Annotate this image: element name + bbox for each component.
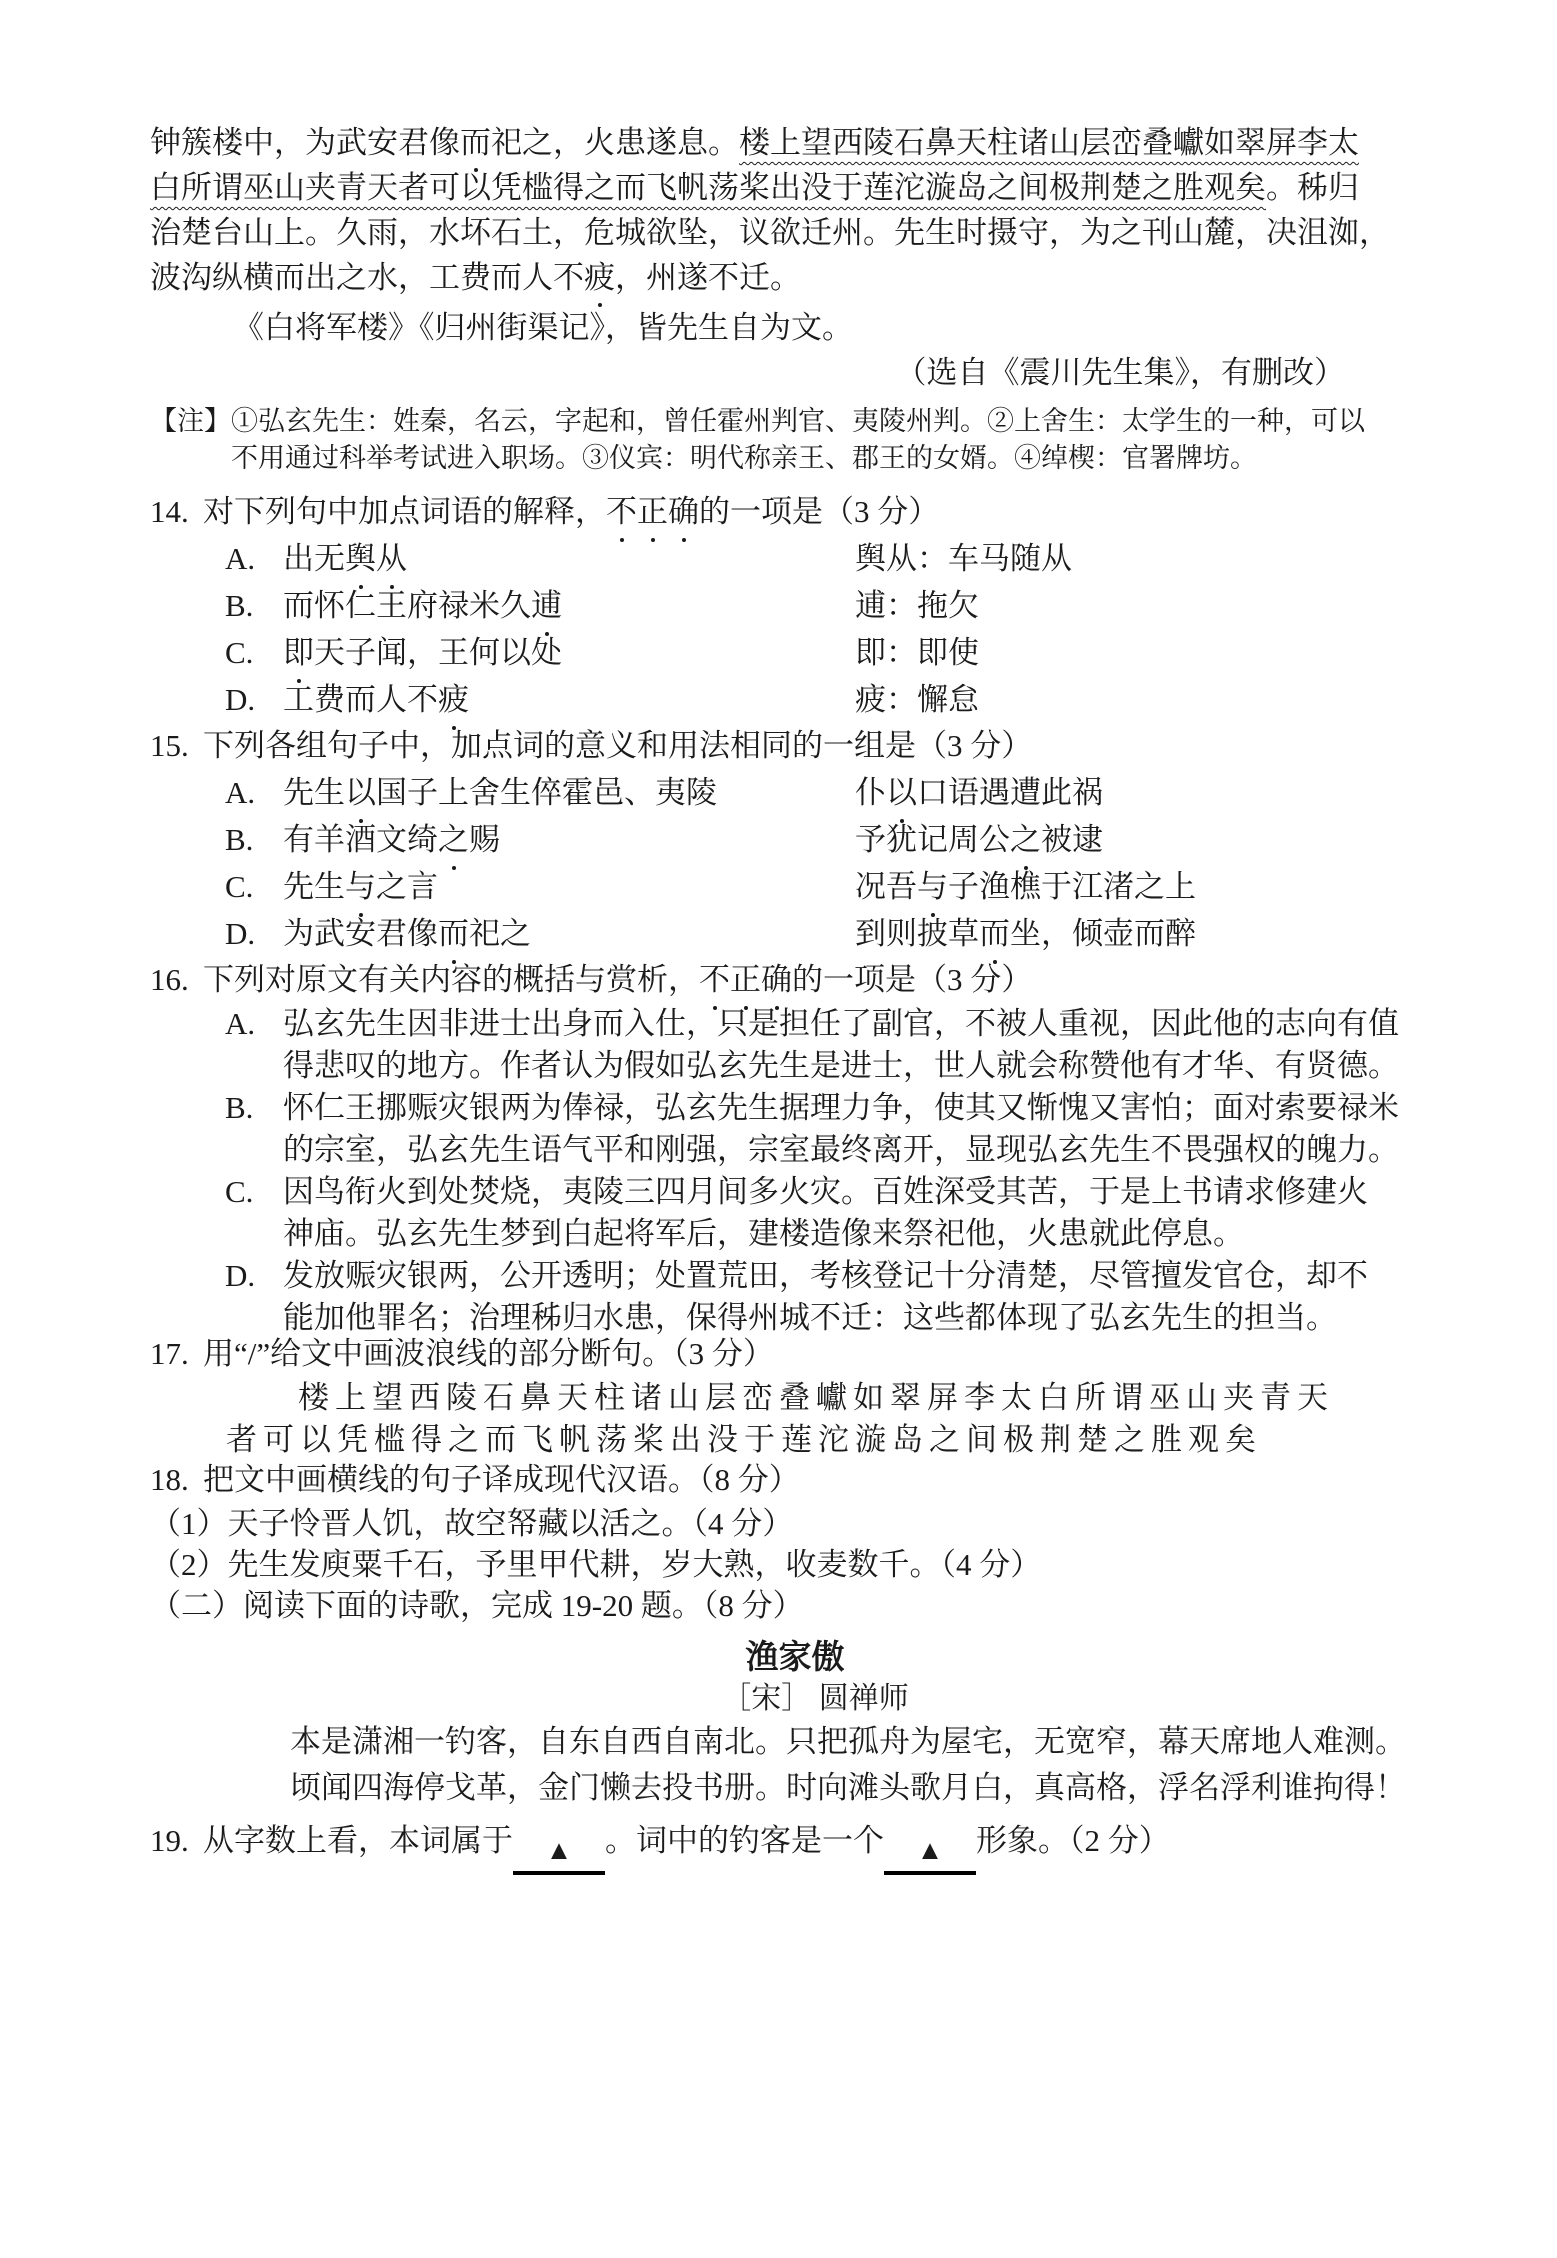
question-number: 17. <box>150 1331 203 1377</box>
passage-paragraph: 钟簇楼中，为武安君像而祀之，火患遂息。楼上望西陵石鼻天柱诸山层峦叠巘如翠屏李太 … <box>150 120 1440 300</box>
question-18: 18.把文中画横线的句子译成现代汉语。（8 分） （1）天子怜晋人饥，故空帑藏以… <box>150 1457 1440 1626</box>
work-titles-line: 《白将军楼》《归州街渠记》，皆先生自为文。 <box>150 305 1440 350</box>
option-label: D. <box>225 1255 283 1297</box>
q16-option-a: A.弘玄先生因非进士出身而入仕，只是担任了副官，不被人重视，因此他的志向有值 得… <box>150 1003 1440 1087</box>
option-label: D. <box>225 676 283 723</box>
exam-page: 钟簇楼中，为武安君像而祀之，火患遂息。楼上望西陵石鼻天柱诸山层峦叠巘如翠屏李太 … <box>0 0 1557 2258</box>
option-right-sentence: 况吾与子渔樵于江渚之上 <box>855 869 1196 904</box>
question-14-header: 14.对下列句中加点词语的解释，不正确的一项是（3 分） <box>150 489 1440 535</box>
option-label: A. <box>225 535 283 582</box>
q18-item-1: （1）天子怜晋人饥，故空帑藏以活之。（4 分） <box>150 1503 1440 1544</box>
q18-item-2: （2）先生发庾粟千石，予里甲代耕，岁大熟，收麦数千。（4 分） <box>150 1544 1440 1585</box>
option-label: C. <box>225 1171 283 1213</box>
emphasis-dot-char: 而 <box>460 125 491 160</box>
note-line-1: 【注】①弘玄先生：姓秦，名云，字起和，曾任霍州判官、夷陵州判。②上舍生：太学生的… <box>150 403 1440 440</box>
note-label: 【注】 <box>150 406 231 436</box>
option-right-sentence: 予犹记周公之被逮 <box>855 822 1103 857</box>
question-number: 14. <box>150 489 203 535</box>
option-label: C. <box>225 863 283 910</box>
source-attribution: （选自《震川先生集》，有删改） <box>150 350 1440 395</box>
option-right-sentence: 到则披草而坐，倾壶而醉 <box>855 916 1196 951</box>
poem-author: ［宋］ 圆禅师 <box>150 1680 1440 1718</box>
q16-option-b: B.怀仁王挪赈灾银两为俸禄，弘玄先生据理力争，使其又惭愧又害怕；面对索要禄米 的… <box>150 1087 1440 1171</box>
option-gloss: 疲：懈怠 <box>855 682 979 717</box>
punctuation-exercise-line-1: 楼上望西陵石鼻天柱诸山层峦叠巘如翠屏李太白所谓巫山夹青天 <box>150 1377 1440 1419</box>
option-label: C. <box>225 629 283 676</box>
answer-blank-triangle: ▲ <box>513 1831 605 1875</box>
question-number: 19. <box>150 1818 203 1864</box>
passage-line-3: 治楚台山上。久雨，水坏石土，危城欲坠，议欲迁州。先生时摄守，为之刊山麓，决沮洳， <box>150 210 1440 255</box>
q16-option-d: D.发放赈灾银两，公开透明；处置荒田，考核登记十分清楚，尽管擅发官仓，却不 能加… <box>150 1255 1440 1339</box>
wavy-underlined-text: 白所谓巫山夹青天者可以凭槛得之而飞帆荡桨出没于莲沱漩岛之间极荆楚之胜观矣 <box>150 170 1266 205</box>
q16-option-c: C.因鸟衔火到处焚烧，夷陵三四月间多火灾。百姓深受其苦，于是上书请求修建火 神庙… <box>150 1171 1440 1255</box>
note-line-2: 不用通过科举考试进入职场。③仪宾：明代称亲王、郡王的女婿。④绰楔：官署牌坊。 <box>231 440 1440 477</box>
q15-option-d: D.为武安君像而祀之到则披草而坐，倾壶而醉 <box>225 910 1440 957</box>
question-14: 14.对下列句中加点词语的解释，不正确的一项是（3 分） A.出无舆从舆从：车马… <box>150 489 1440 723</box>
option-label: B. <box>225 1087 283 1129</box>
option-gloss: 即：即使 <box>855 635 979 670</box>
poem-block: 渔家傲 ［宋］ 圆禅师 本是潇湘一钓客，自东自西自南北。只把孤舟为屋宅，无宽窄，… <box>150 1636 1440 1810</box>
option-label: B. <box>225 816 283 863</box>
note-block: 【注】①弘玄先生：姓秦，名云，字起和，曾任霍州判官、夷陵州判。②上舍生：太学生的… <box>150 403 1440 477</box>
passage-line-1: 钟簇楼中，为武安君像而祀之，火患遂息。楼上望西陵石鼻天柱诸山层峦叠巘如翠屏李太 <box>150 120 1440 165</box>
q14-option-b: B.而怀仁王府禄米久逋逋：拖欠 <box>225 582 1440 629</box>
q15-option-a: A.先生以国子上舍生倅霍邑、夷陵仆以口语遇遭此祸 <box>225 769 1440 816</box>
question-number: 15. <box>150 723 203 769</box>
emphasis-dot-char: 疲 <box>584 260 615 295</box>
q14-option-a: A.出无舆从舆从：车马随从 <box>225 535 1440 582</box>
question-number: 18. <box>150 1457 203 1503</box>
q14-option-c: C.即天子闻，王何以处即：即使 <box>225 629 1440 676</box>
question-17: 17.用“/”给文中画波浪线的部分断句。（3 分） 楼上望西陵石鼻天柱诸山层峦叠… <box>150 1331 1440 1461</box>
question-16: 16.下列对原文有关内容的概括与赏析，不正确的一项是（3 分） A.弘玄先生因非… <box>150 957 1440 1339</box>
passage-line-2: 白所谓巫山夹青天者可以凭槛得之而飞帆荡桨出没于莲沱漩岛之间极荆楚之胜观矣。秭归 <box>150 165 1440 210</box>
option-gloss: 舆从：车马随从 <box>855 541 1072 576</box>
question-16-header: 16.下列对原文有关内容的概括与赏析，不正确的一项是（3 分） <box>150 957 1440 1003</box>
question-15: 15.下列各组句子中，加点词的意义和用法相同的一组是（3 分） A.先生以国子上… <box>150 723 1440 957</box>
question-15-header: 15.下列各组句子中，加点词的意义和用法相同的一组是（3 分） <box>150 723 1440 769</box>
emphasis-dot-text: 不正确 <box>699 962 792 997</box>
question-18-header: 18.把文中画横线的句子译成现代汉语。（8 分） <box>150 1457 1440 1503</box>
section-2-heading: （二）阅读下面的诗歌，完成 19-20 题。（8 分） <box>150 1585 1440 1626</box>
q14-option-d: D.工费而人不疲疲：懈怠 <box>225 676 1440 723</box>
option-label: B. <box>225 582 283 629</box>
option-gloss: 逋：拖欠 <box>855 588 979 623</box>
question-number: 16. <box>150 957 203 1003</box>
passage-line-4: 波沟纵横而出之水，工费而人不疲，州遂不迁。 <box>150 255 1440 300</box>
question-19: 19.从字数上看，本词属于▲。词中的钓客是一个▲形象。（2 分） <box>150 1818 1440 1875</box>
answer-blank-triangle: ▲ <box>884 1831 976 1875</box>
poem-line-1: 本是潇湘一钓客，自东自西自南北。只把孤舟为屋宅，无宽窄，幕天席地人难测。 <box>150 1720 1440 1764</box>
q15-option-b: B.有羊酒文绮之赐予犹记周公之被逮 <box>225 816 1440 863</box>
option-label: A. <box>225 769 283 816</box>
poem-title: 渔家傲 <box>150 1636 1440 1680</box>
punctuation-exercise-line-2: 者可以凭槛得之而飞帆荡桨出没于莲沱漩岛之间极荆楚之胜观矣 <box>150 1419 1440 1461</box>
wavy-underlined-text: 楼上望西陵石鼻天柱诸山层峦叠巘如翠屏李太 <box>739 125 1359 160</box>
option-label: D. <box>225 910 283 957</box>
emphasis-dot-text: 不正确 <box>606 494 699 529</box>
option-label: A. <box>225 1003 283 1045</box>
option-right-sentence: 仆以口语遇遭此祸 <box>855 775 1103 810</box>
q15-option-c: C.先生与之言况吾与子渔樵于江渚之上 <box>225 863 1440 910</box>
poem-line-2: 顷闻四海停戈革，金门懒去投书册。时向滩头歌月白，真高格，浮名浮利谁拘得！ <box>150 1766 1440 1810</box>
